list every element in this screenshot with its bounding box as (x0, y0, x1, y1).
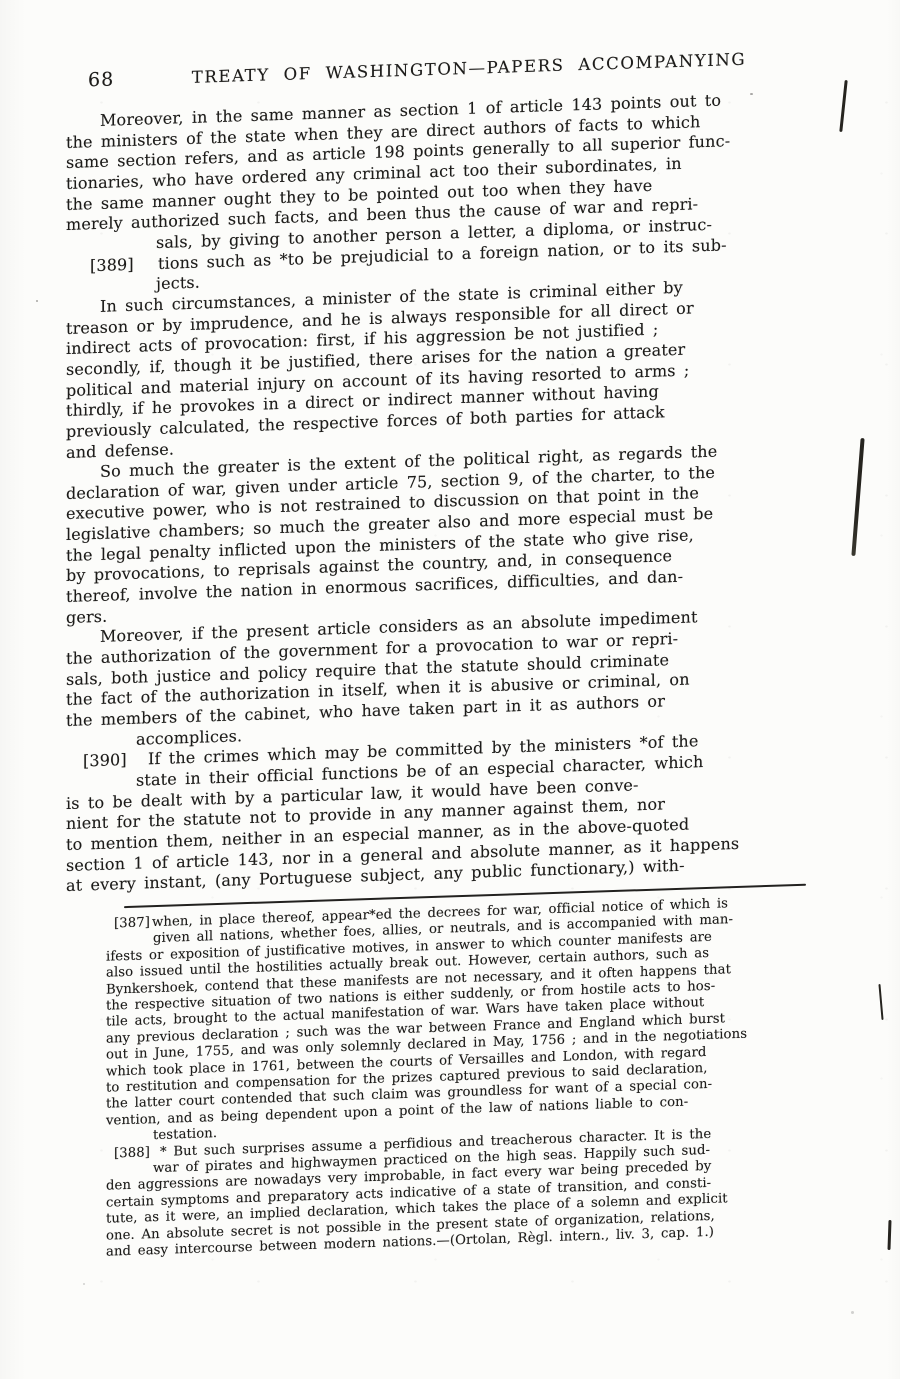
scan-speck (83, 1283, 85, 1285)
margin-page-ref: [388] (114, 1145, 150, 1163)
line-text: testation. (153, 1126, 217, 1143)
line-text: gers. (66, 606, 107, 626)
scan-artifact-stroke (887, 1220, 891, 1250)
scan-speck (851, 1311, 854, 1314)
margin-page-ref: [387] (114, 915, 150, 933)
running-title: TREATY OF WASHINGTON—PAPERS ACCOMPANYING (172, 48, 806, 88)
page-text-sheet: 68 TREATY OF WASHINGTON—PAPERS ACCOMPANY… (66, 46, 806, 1263)
scan-artifact-stroke (878, 984, 883, 1020)
body-text: Moreover, in the same manner as section … (66, 88, 806, 897)
margin-page-ref: [390] (83, 750, 127, 772)
footnote-text: [387]when, in place thereof, appear*ed t… (66, 894, 806, 1263)
running-header: 68 TREATY OF WASHINGTON—PAPERS ACCOMPANY… (66, 46, 806, 96)
line-text: jects. (156, 273, 200, 293)
scanned-page: 68 TREATY OF WASHINGTON—PAPERS ACCOMPANY… (0, 0, 900, 1379)
scan-speck (750, 93, 753, 95)
scan-artifact-stroke (851, 438, 864, 556)
page-number: 68 (66, 67, 172, 92)
margin-page-ref: [389] (90, 254, 134, 276)
scan-artifact-stroke (839, 80, 847, 132)
line-text: and defense. (66, 439, 174, 462)
scan-speck (36, 300, 38, 302)
line-text: accomplices. (136, 726, 242, 748)
